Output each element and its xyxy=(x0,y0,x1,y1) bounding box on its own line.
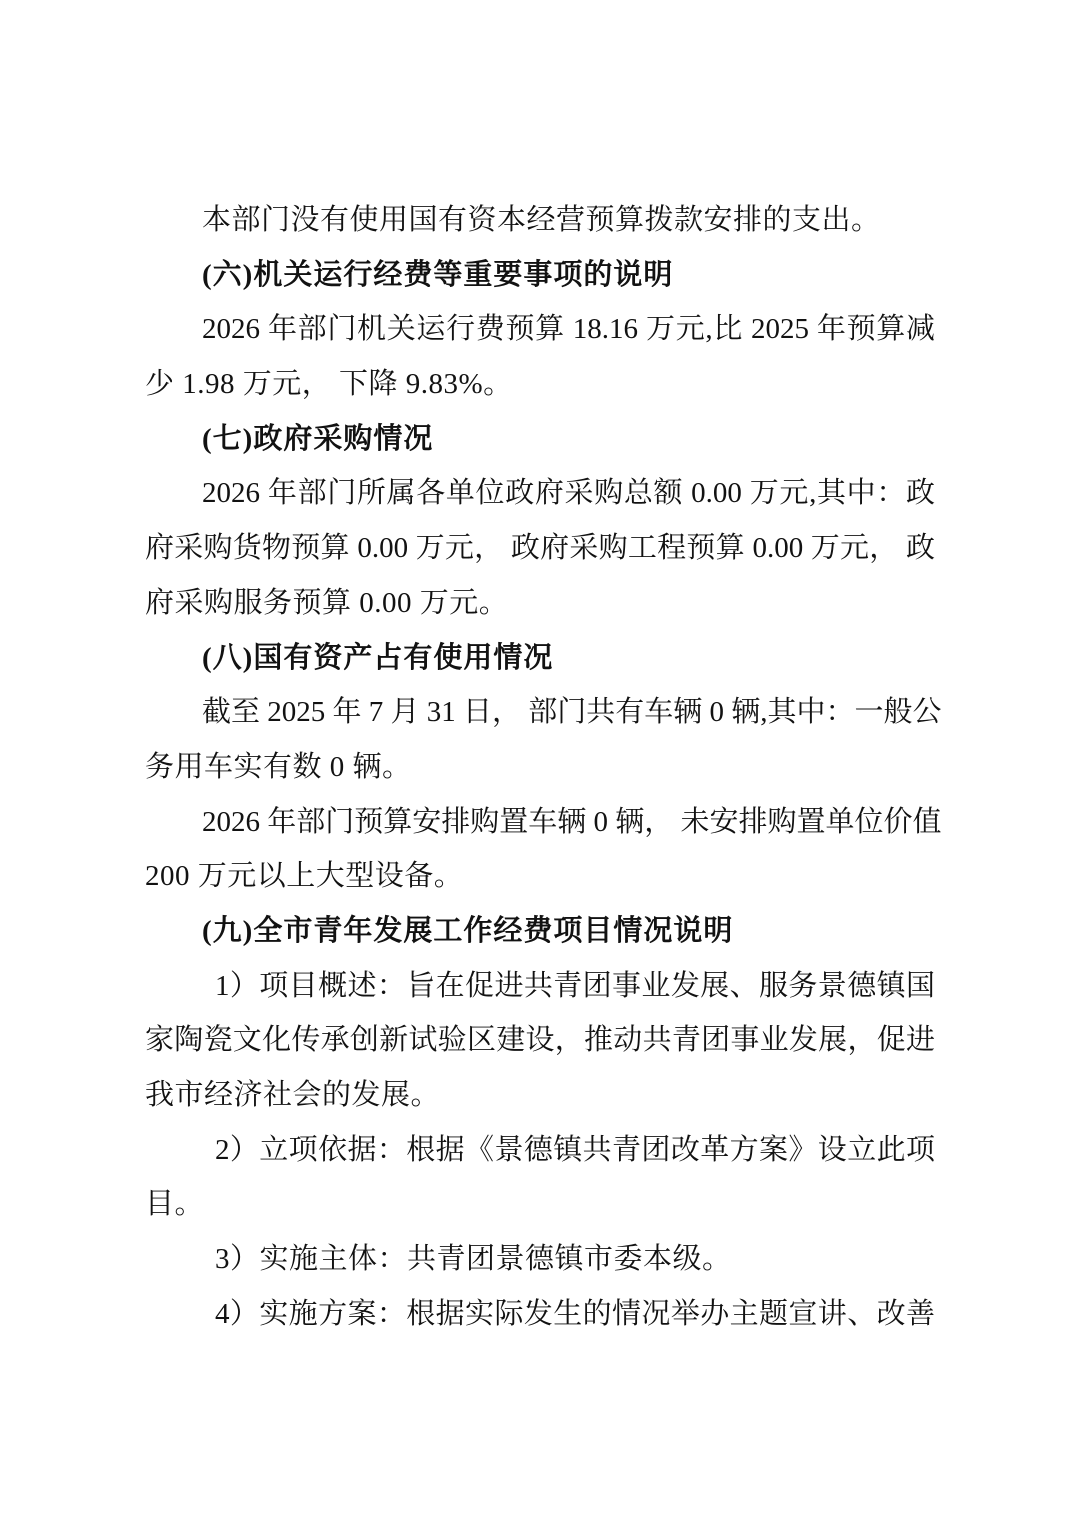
text-line: 府采购货物预算 0.00 万元， 政府采购工程预算 0.00 万元， 政 xyxy=(145,521,935,576)
text-line: 2）立项依据：根据《景德镇共青团改革方案》设立此项 xyxy=(145,1123,935,1178)
text-line: 2026 年部门所属各单位政府采购总额 0.00 万元,其中：政 xyxy=(145,466,935,521)
section-heading-line: (九)全市青年发展工作经费项目情况说明 xyxy=(145,904,935,959)
text-line: 目。 xyxy=(145,1177,935,1232)
text-line: 2026 年部门预算安排购置车辆 0 辆， 未安排购置单位价值 xyxy=(145,795,935,850)
text-line: 府采购服务预算 0.00 万元。 xyxy=(145,576,935,631)
text-line: 3）实施主体：共青团景德镇市委本级。 xyxy=(145,1232,935,1287)
section-heading-line: (八)国有资产占有使用情况 xyxy=(145,631,935,686)
text-line: 200 万元以上大型设备。 xyxy=(145,849,935,904)
document-body: 本部门没有使用国有资本经营预算拨款安排的支出。(六)机关运行经费等重要事项的说明… xyxy=(145,193,935,1341)
text-line: 家陶瓷文化传承创新试验区建设，推动共青团事业发展，促进 xyxy=(145,1013,935,1068)
section-heading-line: (六)机关运行经费等重要事项的说明 xyxy=(145,248,935,303)
document-page: 本部门没有使用国有资本经营预算拨款安排的支出。(六)机关运行经费等重要事项的说明… xyxy=(0,0,1074,1520)
text-line: 我市经济社会的发展。 xyxy=(145,1068,935,1123)
text-line: 2026 年部门机关运行费预算 18.16 万元,比 2025 年预算减 xyxy=(145,302,935,357)
text-line: 4）实施方案：根据实际发生的情况举办主题宣讲、改善 xyxy=(145,1287,935,1342)
text-line: 1）项目概述：旨在促进共青团事业发展、服务景德镇国 xyxy=(145,959,935,1014)
section-heading-line: (七)政府采购情况 xyxy=(145,412,935,467)
text-line: 本部门没有使用国有资本经营预算拨款安排的支出。 xyxy=(145,193,935,248)
text-line: 少 1.98 万元， 下降 9.83%。 xyxy=(145,357,935,412)
text-line: 截至 2025 年 7 月 31 日， 部门共有车辆 0 辆,其中：一般公 xyxy=(145,685,935,740)
text-line: 务用车实有数 0 辆。 xyxy=(145,740,935,795)
